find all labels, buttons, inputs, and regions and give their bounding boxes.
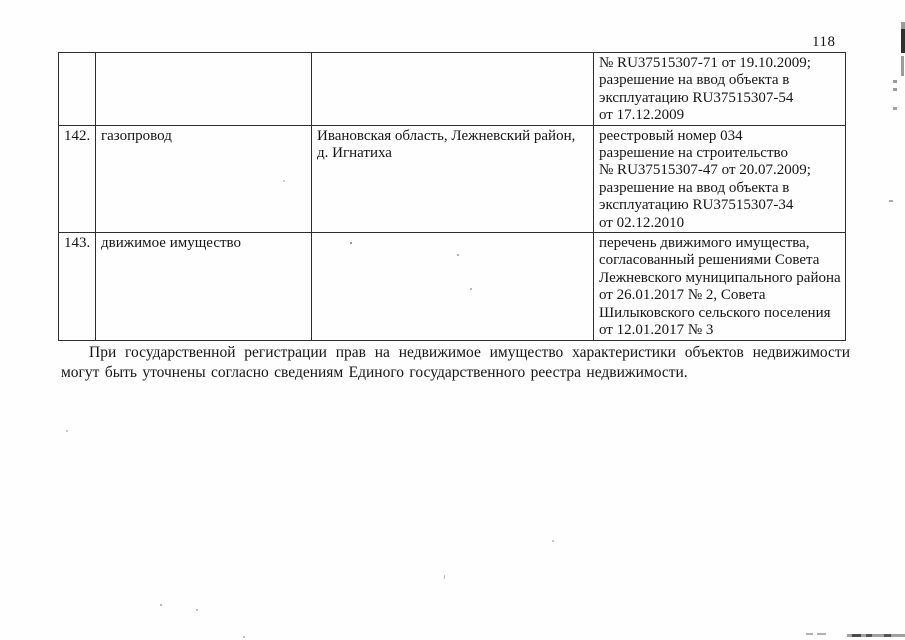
- table-row-143: 143. движимое имущество перечень движимо…: [59, 233, 846, 340]
- note-paragraph: При государственной регистрации прав на …: [61, 343, 850, 382]
- scan-speck: [552, 540, 554, 542]
- scan-artifact: [889, 200, 893, 202]
- scan-artifact: [893, 107, 897, 110]
- scan-artifact: [901, 29, 905, 53]
- scan-artifact: [806, 633, 813, 635]
- scan-speck: [243, 636, 245, 638]
- scan-artifact: [852, 634, 861, 637]
- cell-address: Ивановская область, Лежневский район, д.…: [312, 125, 594, 232]
- cell-details: № RU37515307-71 от 19.10.2009; разрешени…: [594, 53, 846, 126]
- table-row-continuation: № RU37515307-71 от 19.10.2009; разрешени…: [59, 53, 846, 126]
- scan-speck: [457, 254, 459, 256]
- cell-row-number: 143.: [59, 233, 96, 340]
- scan-artifact: [893, 88, 897, 91]
- scan-speck: [283, 180, 285, 182]
- cell-details: реестровый номер 034 разрешение на строи…: [594, 125, 846, 232]
- cell-object-name: газопровод: [96, 125, 312, 232]
- scan-artifact: [866, 634, 872, 637]
- page-number: 118: [812, 34, 835, 51]
- document-page: 118 № RU37515307-71 от 19.10.2009; разре…: [0, 0, 905, 640]
- cell-row-number: 142.: [59, 125, 96, 232]
- cell-address: [312, 53, 594, 126]
- scan-speck: [444, 575, 445, 579]
- cell-details: перечень движимого имущества, согласован…: [594, 233, 846, 340]
- scan-artifact: [893, 80, 897, 83]
- scan-speck: [350, 242, 352, 244]
- cell-address: [312, 233, 594, 340]
- cell-object-name: [96, 53, 312, 126]
- scan-speck: [66, 430, 68, 432]
- scan-speck: [470, 288, 472, 290]
- cell-object-name: движимое имущество: [96, 233, 312, 340]
- scan-artifact: [901, 22, 905, 29]
- property-table: № RU37515307-71 от 19.10.2009; разрешени…: [58, 52, 846, 341]
- cell-row-number: [59, 53, 96, 126]
- scan-artifact: [884, 634, 891, 637]
- scan-artifact: [901, 56, 904, 76]
- table-row-142: 142. газопровод Ивановская область, Лежн…: [59, 125, 846, 232]
- scan-speck: [160, 604, 162, 606]
- scan-artifact: [817, 633, 826, 635]
- scan-speck: [196, 609, 198, 611]
